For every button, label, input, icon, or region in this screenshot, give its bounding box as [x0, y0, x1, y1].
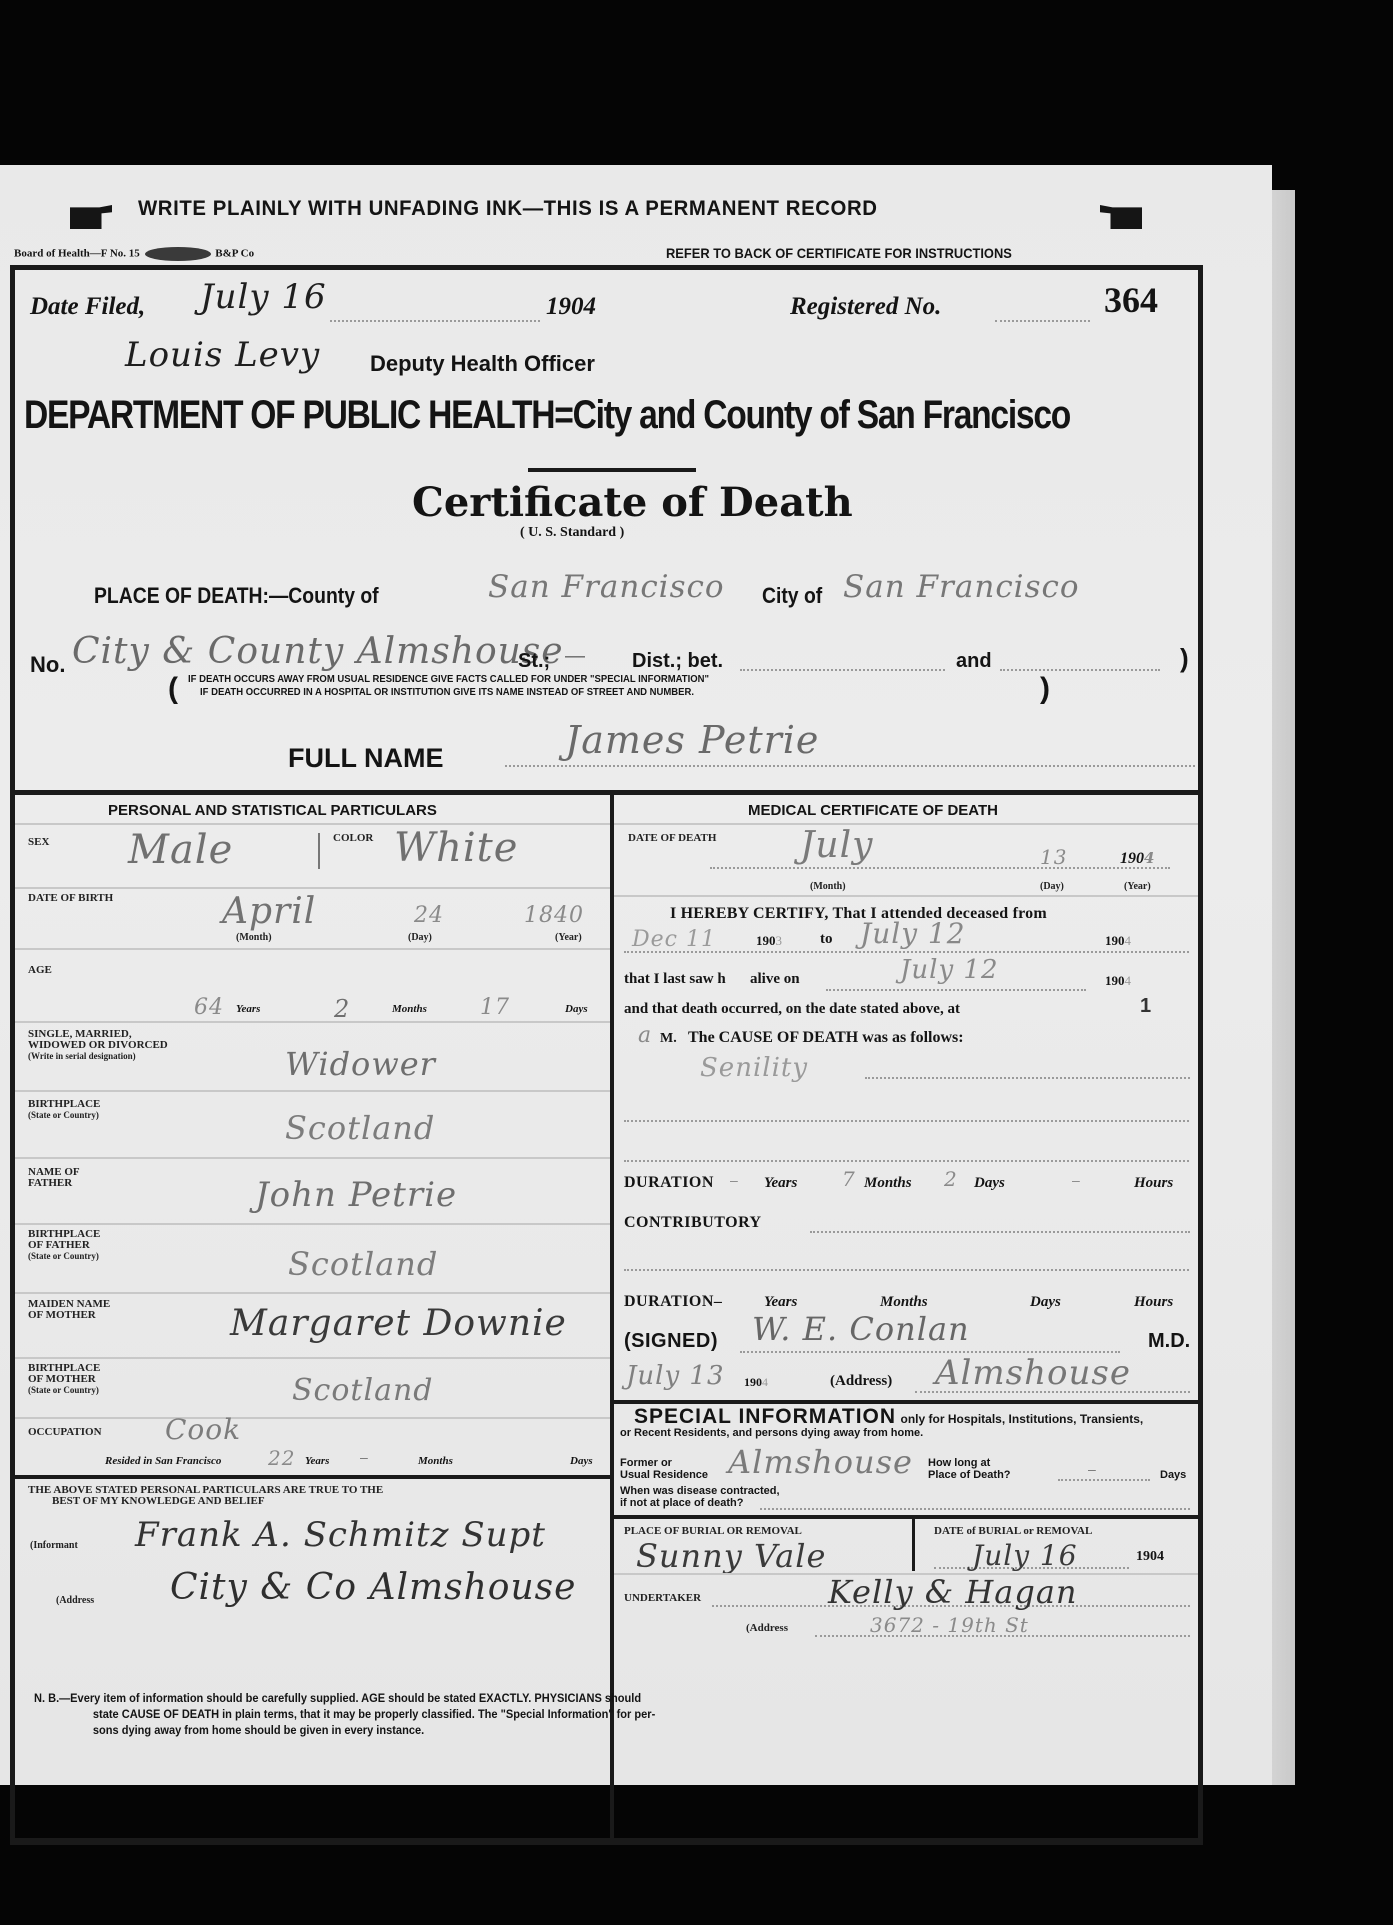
duration2-months-caption: Months	[880, 1294, 928, 1311]
how-long-days-label: Days	[1160, 1469, 1186, 1481]
duration-months[interactable]: 7	[842, 1167, 856, 1191]
footnote-line: sons dying away from home should be give…	[34, 1722, 655, 1738]
dod-year-suffix: 4	[1144, 849, 1155, 867]
month-caption: (Month)	[236, 932, 272, 943]
cause-label: The CAUSE OF DEATH was as follows:	[688, 1029, 964, 1047]
rule	[15, 1090, 610, 1092]
and-label: and	[956, 650, 992, 673]
age-days-caption: Days	[565, 1003, 588, 1015]
md-label: M.D.	[1148, 1330, 1190, 1353]
how-long-label-line: Place of Death?	[928, 1469, 1011, 1481]
meridiem[interactable]: a	[638, 1023, 652, 1048]
seal-icon	[145, 247, 211, 261]
contracted-line	[760, 1508, 1190, 1510]
last-saw-mid: alive on	[750, 971, 800, 988]
color-label: COLOR	[333, 833, 373, 844]
duration-years[interactable]: –	[730, 1172, 738, 1188]
registered-number[interactable]: 364	[1104, 279, 1158, 321]
us-standard: ( U. S. Standard )	[520, 525, 624, 541]
age-days[interactable]: 17	[480, 995, 510, 1020]
contributory-line-2	[624, 1269, 1189, 1271]
street-label: St.;	[518, 650, 550, 673]
occupation-value[interactable]: Cook	[165, 1413, 241, 1446]
residence-note-2: IF DEATH OCCURRED IN A HOSPITAL OR INSTI…	[200, 687, 694, 698]
duration2-hours-caption: Hours	[1134, 1294, 1173, 1311]
burial-place-value[interactable]: Sunny Vale	[636, 1537, 826, 1575]
informant-statement-line: BEST OF MY KNOWLEDGE AND BELIEF	[28, 1496, 383, 1507]
full-name-line	[505, 765, 1195, 767]
filed-year[interactable]: 1904	[546, 293, 596, 321]
undertaker-address-label: (Address	[746, 1623, 788, 1634]
outer-border-right	[1198, 265, 1203, 1845]
certify-text: I HEREBY CERTIFY, That I attended deceas…	[670, 905, 1047, 923]
signed-date[interactable]: July 13	[626, 1361, 725, 1391]
informant-statement: THE ABOVE STATED PERSONAL PARTICULARS AR…	[28, 1485, 383, 1507]
contributory-label: CONTRIBUTORY	[624, 1214, 762, 1232]
dob-year[interactable]: 1840	[524, 903, 584, 928]
personal-heading: PERSONAL AND STATISTICAL PARTICULARS	[108, 802, 437, 819]
printer-name: B&P Co	[215, 248, 254, 260]
outer-border-left	[10, 265, 15, 1845]
rule	[15, 887, 610, 889]
how-long-line	[1058, 1479, 1150, 1481]
certificate-title: Certificate of Death	[412, 479, 853, 526]
age-months-caption: Months	[392, 1003, 427, 1015]
resided-months[interactable]: –	[360, 1449, 368, 1465]
resided-years[interactable]: 22	[268, 1446, 295, 1470]
birthplace-value[interactable]: Scotland	[285, 1109, 435, 1147]
date-of-death-label: DATE OF DEATH	[628, 833, 716, 844]
cause-of-death[interactable]: Senility	[700, 1053, 808, 1083]
rule	[614, 895, 1198, 897]
father-birthplace-value[interactable]: Scotland	[288, 1245, 438, 1283]
rule	[15, 823, 610, 825]
attended-to[interactable]: July 12	[860, 917, 966, 950]
informant-address[interactable]: City & Co Almshouse	[170, 1567, 576, 1608]
date-filed-label: Date Filed,	[30, 293, 145, 321]
dob-day[interactable]: 24	[414, 903, 444, 928]
m-label: M.	[660, 1031, 677, 1047]
former-residence-label-line: Former or	[620, 1457, 708, 1469]
rule	[15, 1357, 610, 1359]
from-year-suffix: 3	[776, 933, 783, 948]
former-residence-value[interactable]: Almshouse	[728, 1443, 913, 1481]
informant-label: (Informant	[30, 1540, 78, 1551]
resided-years-caption: Years	[305, 1455, 329, 1467]
signed-year-suffix: 4	[762, 1375, 768, 1389]
county-value[interactable]: San Francisco	[488, 569, 725, 605]
address-no-label: No.	[30, 652, 65, 678]
informant-divider	[15, 1475, 610, 1479]
physician-address[interactable]: Almshouse	[935, 1353, 1131, 1393]
age-months[interactable]: 2	[334, 995, 350, 1023]
rule	[15, 1021, 610, 1023]
year-caption: (Year)	[555, 932, 582, 943]
father-label-line: FATHER	[28, 1178, 80, 1189]
how-long-value[interactable]: –	[1088, 1461, 1096, 1477]
dod-line	[710, 867, 1170, 869]
residence-note-1: IF DEATH OCCURS AWAY FROM USUAL RESIDENC…	[188, 674, 709, 685]
full-name-label: FULL NAME	[288, 743, 444, 774]
footnote: N. B.—Every item of information should b…	[34, 1690, 655, 1738]
father-birthplace-label-line: OF FATHER	[28, 1240, 100, 1251]
how-long-label: How long at Place of Death?	[928, 1457, 1011, 1481]
age-label: AGE	[28, 965, 52, 976]
duration-hours[interactable]: –	[1072, 1172, 1080, 1188]
dob-month[interactable]: April	[222, 891, 316, 932]
date-filed-line	[330, 320, 540, 322]
duration2-days-caption: Days	[1030, 1294, 1061, 1311]
how-long-label-line: How long at	[928, 1457, 1011, 1469]
section-divider	[10, 790, 1202, 795]
cause-line-1	[865, 1077, 1190, 1079]
duration-label: DURATION	[624, 1174, 714, 1192]
birthplace-label-line: BIRTHPLACE	[28, 1099, 100, 1110]
city-label: City of	[762, 583, 822, 609]
last-saw-line	[826, 989, 1086, 991]
to-year-suffix: 4	[1125, 933, 1132, 948]
officer-title: Deputy Health Officer	[370, 351, 595, 377]
day-caption: (Day)	[408, 932, 432, 943]
street-value[interactable]: —	[565, 645, 585, 668]
column-divider	[610, 795, 614, 1843]
mother-birthplace-label-line: OF MOTHER	[28, 1374, 100, 1385]
rule	[15, 1223, 610, 1225]
mother-label-line: OF MOTHER	[28, 1310, 110, 1321]
footnote-line: N. B.—Every item of information should b…	[34, 1690, 655, 1706]
date-filed-value[interactable]: July 16	[200, 277, 327, 317]
duration2-years-caption: Years	[764, 1294, 797, 1311]
outer-border-top	[10, 265, 1202, 270]
rule	[15, 1157, 610, 1159]
instructions-reference: REFER TO BACK OF CERTIFICATE FOR INSTRUC…	[666, 245, 1012, 261]
close-paren-note: )	[1040, 672, 1050, 706]
color-value[interactable]: White	[394, 825, 518, 871]
sex-label: SEX	[28, 837, 49, 848]
age-years-caption: Years	[236, 1003, 260, 1015]
duration2-label: DURATION–	[624, 1293, 722, 1311]
dod-day-caption: (Day)	[1040, 881, 1064, 892]
duration-days-caption: Days	[974, 1175, 1005, 1192]
informant-address-label: (Address	[56, 1595, 94, 1606]
occurred-text: and that death occurred, on the date sta…	[624, 1001, 960, 1018]
pointing-hand-right-icon	[1100, 205, 1142, 229]
cause-line-2	[624, 1120, 1189, 1122]
age-years[interactable]: 64	[194, 995, 224, 1020]
dod-day[interactable]: 13	[1040, 845, 1067, 869]
last-saw-year-suffix: 4	[1125, 973, 1132, 988]
district-label: Dist.; bet.	[632, 650, 723, 673]
address-value[interactable]: City & County Almshouse	[72, 631, 564, 672]
last-saw-year[interactable]: 1904	[1105, 973, 1131, 989]
last-saw-year-prefix: 190	[1105, 973, 1125, 988]
marital-label: SINGLE, MARRIED, WIDOWED OR DIVORCED (Wr…	[28, 1029, 168, 1062]
place-of-death-label: PLACE OF DEATH:—County of	[94, 583, 379, 609]
close-paren: )	[1180, 643, 1189, 674]
form-id: Board of Health—F No. 15 B&P Co	[14, 247, 254, 261]
city-value[interactable]: San Francisco	[843, 569, 1080, 605]
rule	[614, 823, 1198, 825]
pointing-hand-left-icon	[70, 205, 112, 229]
mother-birthplace-label: BIRTHPLACE OF MOTHER (State or Country)	[28, 1363, 100, 1396]
to-year-prefix: 190	[1105, 933, 1125, 948]
father-birthplace-label-line: (State or Country)	[28, 1251, 100, 1262]
contracted-label-line: When was disease contracted,	[620, 1485, 780, 1497]
medical-heading: MEDICAL CERTIFICATE OF DEATH	[748, 802, 998, 819]
department-title: DEPARTMENT OF PUBLIC HEALTH=City and Cou…	[24, 393, 1070, 438]
registered-line	[995, 320, 1090, 322]
informant-name[interactable]: Frank A. Schmitz Supt	[135, 1515, 546, 1555]
attended-from[interactable]: Dec 11	[632, 927, 716, 952]
to-label: to	[820, 931, 833, 948]
contributory-line	[810, 1231, 1190, 1233]
signed-label: (SIGNED)	[624, 1330, 718, 1353]
duration-hours-caption: Hours	[1134, 1175, 1173, 1192]
marital-label-line: (Write in serial designation)	[28, 1051, 168, 1062]
resided-days-caption: Days	[570, 1455, 593, 1467]
rule	[15, 1417, 610, 1419]
mother-birthplace-label-line: (State or Country)	[28, 1385, 100, 1396]
special-heading: SPECIAL INFORMATION only for Hospitals, …	[634, 1405, 1143, 1429]
burial-column-divider	[912, 1519, 915, 1571]
form-number: Board of Health—F No. 15	[14, 248, 140, 260]
dod-year[interactable]: 1904	[1120, 849, 1155, 868]
duration-months-caption: Months	[864, 1175, 912, 1192]
death-hour[interactable]: 1	[1140, 995, 1151, 1018]
undertaker-value[interactable]: Kelly & Hagan	[828, 1573, 1078, 1611]
former-residence-label: Former or Usual Residence	[620, 1457, 708, 1481]
dod-year-prefix: 190	[1120, 850, 1144, 867]
burial-date-value[interactable]: July 16	[972, 1539, 1078, 1572]
father-value[interactable]: John Petrie	[255, 1175, 457, 1215]
father-birthplace-label: BIRTHPLACE OF FATHER (State or Country)	[28, 1229, 100, 1262]
mother-label: MAIDEN NAME OF MOTHER	[28, 1299, 110, 1321]
permanent-record-banner: WRITE PLAINLY WITH UNFADING INK—THIS IS …	[138, 197, 878, 221]
full-name-value[interactable]: James Petrie	[565, 718, 819, 762]
undertaker-label: UNDERTAKER	[624, 1593, 701, 1604]
cause-line-3	[624, 1160, 1189, 1162]
duration-days[interactable]: 2	[944, 1167, 958, 1191]
signed-year[interactable]: 1904	[744, 1375, 768, 1390]
footnote-line: state CAUSE OF DEATH in plain terms, tha…	[34, 1706, 655, 1722]
physician-address-label: (Address)	[830, 1373, 892, 1390]
last-saw-label: that I last saw h	[624, 971, 726, 988]
sex-color-divider	[318, 833, 320, 869]
registered-label: Registered No.	[790, 293, 941, 321]
burial-divider	[614, 1515, 1198, 1519]
physician-signature[interactable]: W. E. Conlan	[752, 1310, 970, 1348]
from-year-prefix: 190	[756, 933, 776, 948]
resided-months-caption: Months	[418, 1455, 453, 1467]
officer-signature: Louis Levy	[125, 335, 320, 375]
signed-year-prefix: 190	[744, 1375, 762, 1389]
dod-month-caption: (Month)	[810, 881, 846, 892]
rule	[15, 1292, 610, 1294]
father-label: NAME OF FATHER	[28, 1167, 80, 1189]
undertaker-address[interactable]: 3672 - 19th St	[870, 1613, 1029, 1637]
burial-year[interactable]: 1904	[1136, 1549, 1164, 1565]
duration-years-caption: Years	[764, 1175, 797, 1192]
special-heading-title: SPECIAL INFORMATION	[634, 1405, 896, 1428]
to-year[interactable]: 1904	[1105, 933, 1131, 949]
open-paren: (	[168, 672, 178, 706]
marital-label-line: WIDOWED OR DIVORCED	[28, 1040, 168, 1051]
district-line	[740, 669, 945, 671]
contracted-label: When was disease contracted, if not at p…	[620, 1485, 780, 1509]
special-heading-line2: or Recent Residents, and persons dying a…	[620, 1427, 923, 1439]
birthplace-label-line: (State or Country)	[28, 1110, 100, 1121]
rule	[15, 948, 610, 950]
dob-label: DATE OF BIRTH	[28, 893, 113, 904]
resided-label: Resided in San Francisco	[105, 1455, 221, 1467]
and-line	[1000, 669, 1160, 671]
dod-year-caption: (Year)	[1124, 881, 1151, 892]
sex-value[interactable]: Male	[128, 827, 233, 873]
dod-month[interactable]: July	[800, 825, 873, 866]
burial-date-label: DATE of BURIAL or REMOVAL	[934, 1526, 1092, 1537]
birthplace-label: BIRTHPLACE (State or Country)	[28, 1099, 100, 1121]
marital-value[interactable]: Widower	[285, 1045, 436, 1083]
mother-birthplace-value[interactable]: Scotland	[292, 1373, 433, 1408]
mother-value[interactable]: Margaret Downie	[230, 1303, 567, 1344]
title-divider	[528, 468, 696, 472]
burial-place-label: PLACE OF BURIAL OR REMOVAL	[624, 1526, 802, 1537]
special-divider	[614, 1400, 1198, 1404]
former-residence-label-line: Usual Residence	[620, 1469, 708, 1481]
special-heading-subtitle: only for Hospitals, Institutions, Transi…	[901, 1412, 1144, 1426]
last-saw-date[interactable]: July 12	[900, 955, 999, 985]
occupation-label: OCCUPATION	[28, 1427, 102, 1438]
death-certificate: WRITE PLAINLY WITH UNFADING INK—THIS IS …	[0, 165, 1272, 1785]
contracted-label-line: if not at place of death?	[620, 1497, 780, 1509]
outer-border-bottom	[10, 1838, 1202, 1845]
from-year[interactable]: 1903	[756, 933, 782, 949]
